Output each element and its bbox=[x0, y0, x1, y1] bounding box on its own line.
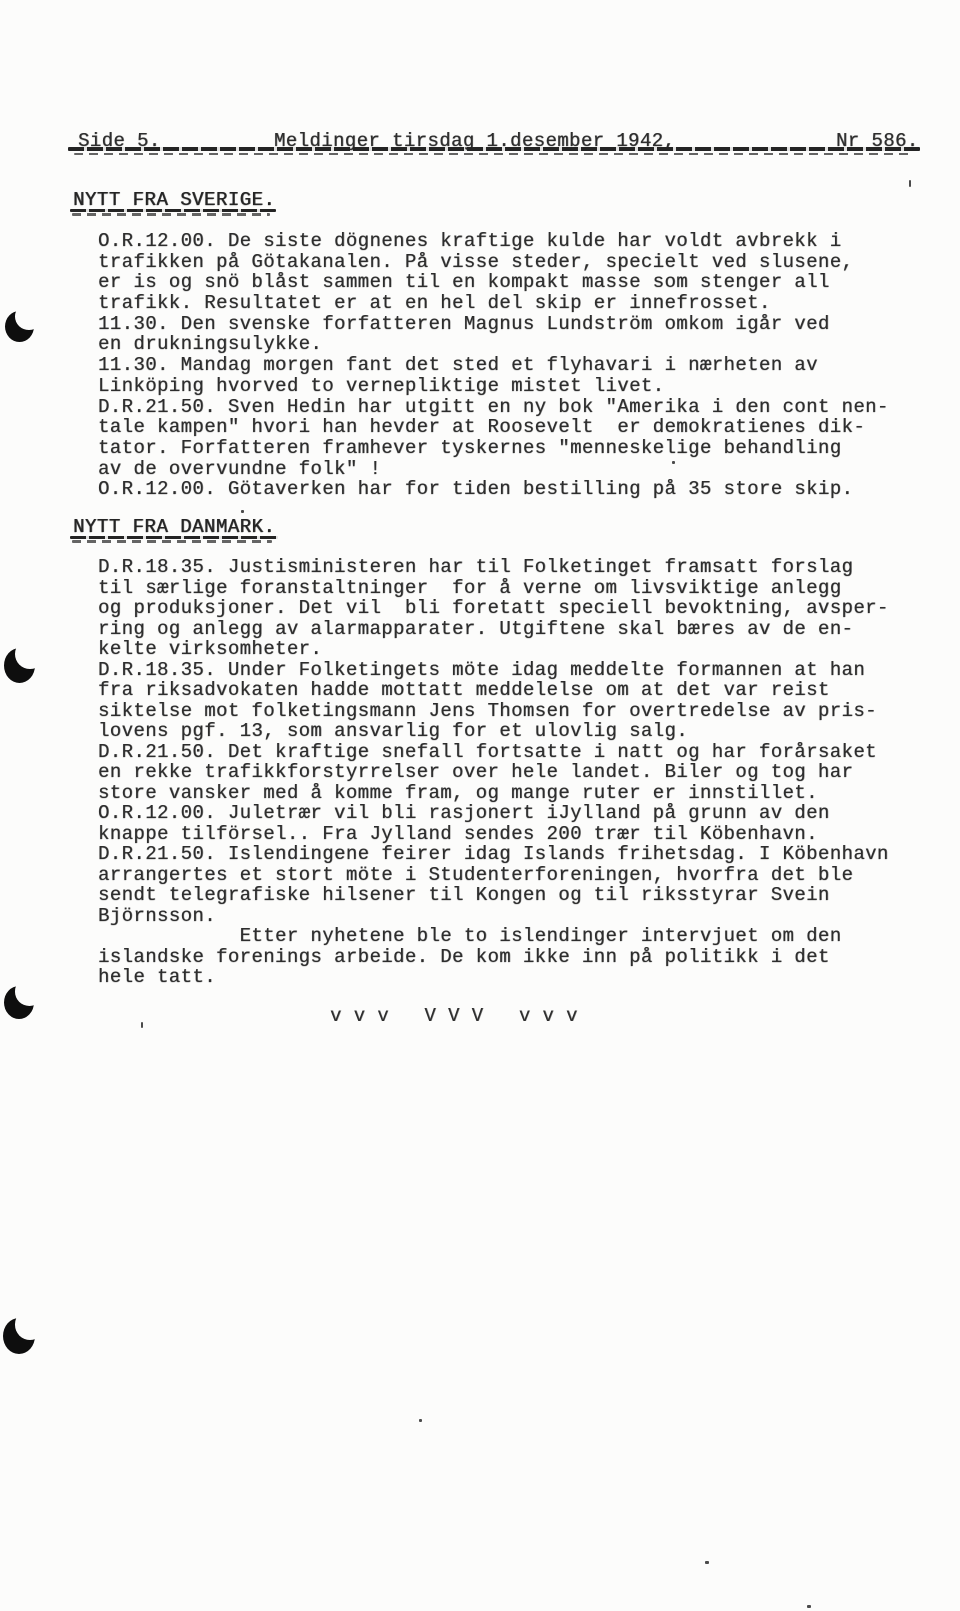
text-line: knappe tilförsel.. Fra Jylland sendes 20… bbox=[98, 824, 889, 845]
ink-speck bbox=[807, 1605, 811, 1608]
text-line: 11.30. Den svenske forfatteren Magnus Lu… bbox=[98, 314, 889, 335]
section-title-denmark: NYTT FRA DANMARK. bbox=[73, 517, 275, 537]
text-line: trafikken på Götakanalen. På visse stede… bbox=[98, 252, 889, 273]
text-line: O.R.12.00. Götaverken har for tiden best… bbox=[98, 479, 889, 500]
text-line: arrangertes et stort möte i Studenterfor… bbox=[98, 865, 889, 886]
text-line: Etter nyhetene ble to islendinger interv… bbox=[98, 926, 889, 947]
text-line: en rekke trafikkforstyrrelser over hele … bbox=[98, 762, 889, 783]
text-line: av de overvundne folk" ! bbox=[98, 459, 889, 480]
section-body-denmark: D.R.18.35. Justisministeren har til Folk… bbox=[98, 557, 889, 988]
ink-speck bbox=[241, 510, 244, 513]
section-title-sweden: NYTT FRA SVERIGE. bbox=[73, 190, 275, 210]
text-line: og produksjoner. Det vil bli foretatt sp… bbox=[98, 598, 889, 619]
header-rule-secondary bbox=[74, 153, 914, 156]
text-line: ring og anlegg av alarmapparater. Utgift… bbox=[98, 619, 889, 640]
text-line: store vansker med å komme fram, og mange… bbox=[98, 783, 889, 804]
scanned-document-page: Side 5. Meldinger tirsdag 1.desember 194… bbox=[0, 0, 960, 1611]
text-line: D.R.21.50. Islendingene feirer idag Isla… bbox=[98, 844, 889, 865]
header-rule bbox=[68, 147, 920, 151]
text-line: D.R.18.35. Justisministeren har til Folk… bbox=[98, 557, 889, 578]
ink-blot-crescent bbox=[3, 1318, 35, 1354]
text-line: er is og snö blåst sammen til en kompakt… bbox=[98, 272, 889, 293]
text-line: D.R.18.35. Under Folketingets möte idag … bbox=[98, 660, 889, 681]
text-line: O.R.12.00. De siste dögnenes kraftige ku… bbox=[98, 231, 889, 252]
text-line: til særlige foranstaltninger for å verne… bbox=[98, 578, 889, 599]
ink-speck bbox=[909, 180, 911, 187]
text-line: sendt telegrafiske hilsener til Kongen o… bbox=[98, 885, 889, 906]
text-line: fra riksadvokaten hadde mottatt meddelel… bbox=[98, 680, 889, 701]
end-of-bulletin-mark: v v v V V V v v v bbox=[330, 1005, 578, 1027]
text-line: D.R.21.50. Det kraftige snefall fortsatt… bbox=[98, 742, 889, 763]
section-rule-denmark bbox=[70, 536, 278, 540]
ink-blot-crescent bbox=[5, 311, 34, 342]
section-rule-sweden-secondary bbox=[72, 213, 270, 216]
text-line: O.R.12.00. Juletrær vil bli rasjonert iJ… bbox=[98, 803, 889, 824]
ink-speck bbox=[672, 461, 675, 464]
ink-blot-crescent bbox=[4, 986, 34, 1019]
text-line: D.R.21.50. Sven Hedin har utgitt en ny b… bbox=[98, 397, 889, 418]
ink-speck bbox=[419, 1419, 422, 1422]
text-line: siktelse mot folketingsmann Jens Thomsen… bbox=[98, 701, 889, 722]
text-line: trafikk. Resultatet er at en hel del ski… bbox=[98, 293, 889, 314]
ink-blot-crescent bbox=[4, 648, 35, 683]
text-line: tator. Forfatteren framhever tyskernes "… bbox=[98, 438, 889, 459]
ink-speck bbox=[705, 1561, 709, 1564]
text-line: en drukningsulykke. bbox=[98, 334, 889, 355]
text-line: Björnsson. bbox=[98, 906, 889, 927]
text-line: Linköping hvorved to vernepliktige miste… bbox=[98, 376, 889, 397]
section-rule-denmark-secondary bbox=[72, 540, 272, 543]
text-line: kelte virksomheter. bbox=[98, 639, 889, 660]
section-body-sweden: O.R.12.00. De siste dögnenes kraftige ku… bbox=[98, 231, 889, 500]
text-line: hele tatt. bbox=[98, 967, 889, 988]
text-line: islandske forenings arbeide. De kom ikke… bbox=[98, 947, 889, 968]
text-line: lovens pgf. 13, som ansvarlig for et ulo… bbox=[98, 721, 889, 742]
ink-speck bbox=[141, 1022, 143, 1028]
text-line: 11.30. Mandag morgen fant det sted et fl… bbox=[98, 355, 889, 376]
text-line: tale kampen" hvori han hevder at Rooseve… bbox=[98, 417, 889, 438]
section-rule-sweden bbox=[70, 209, 276, 213]
